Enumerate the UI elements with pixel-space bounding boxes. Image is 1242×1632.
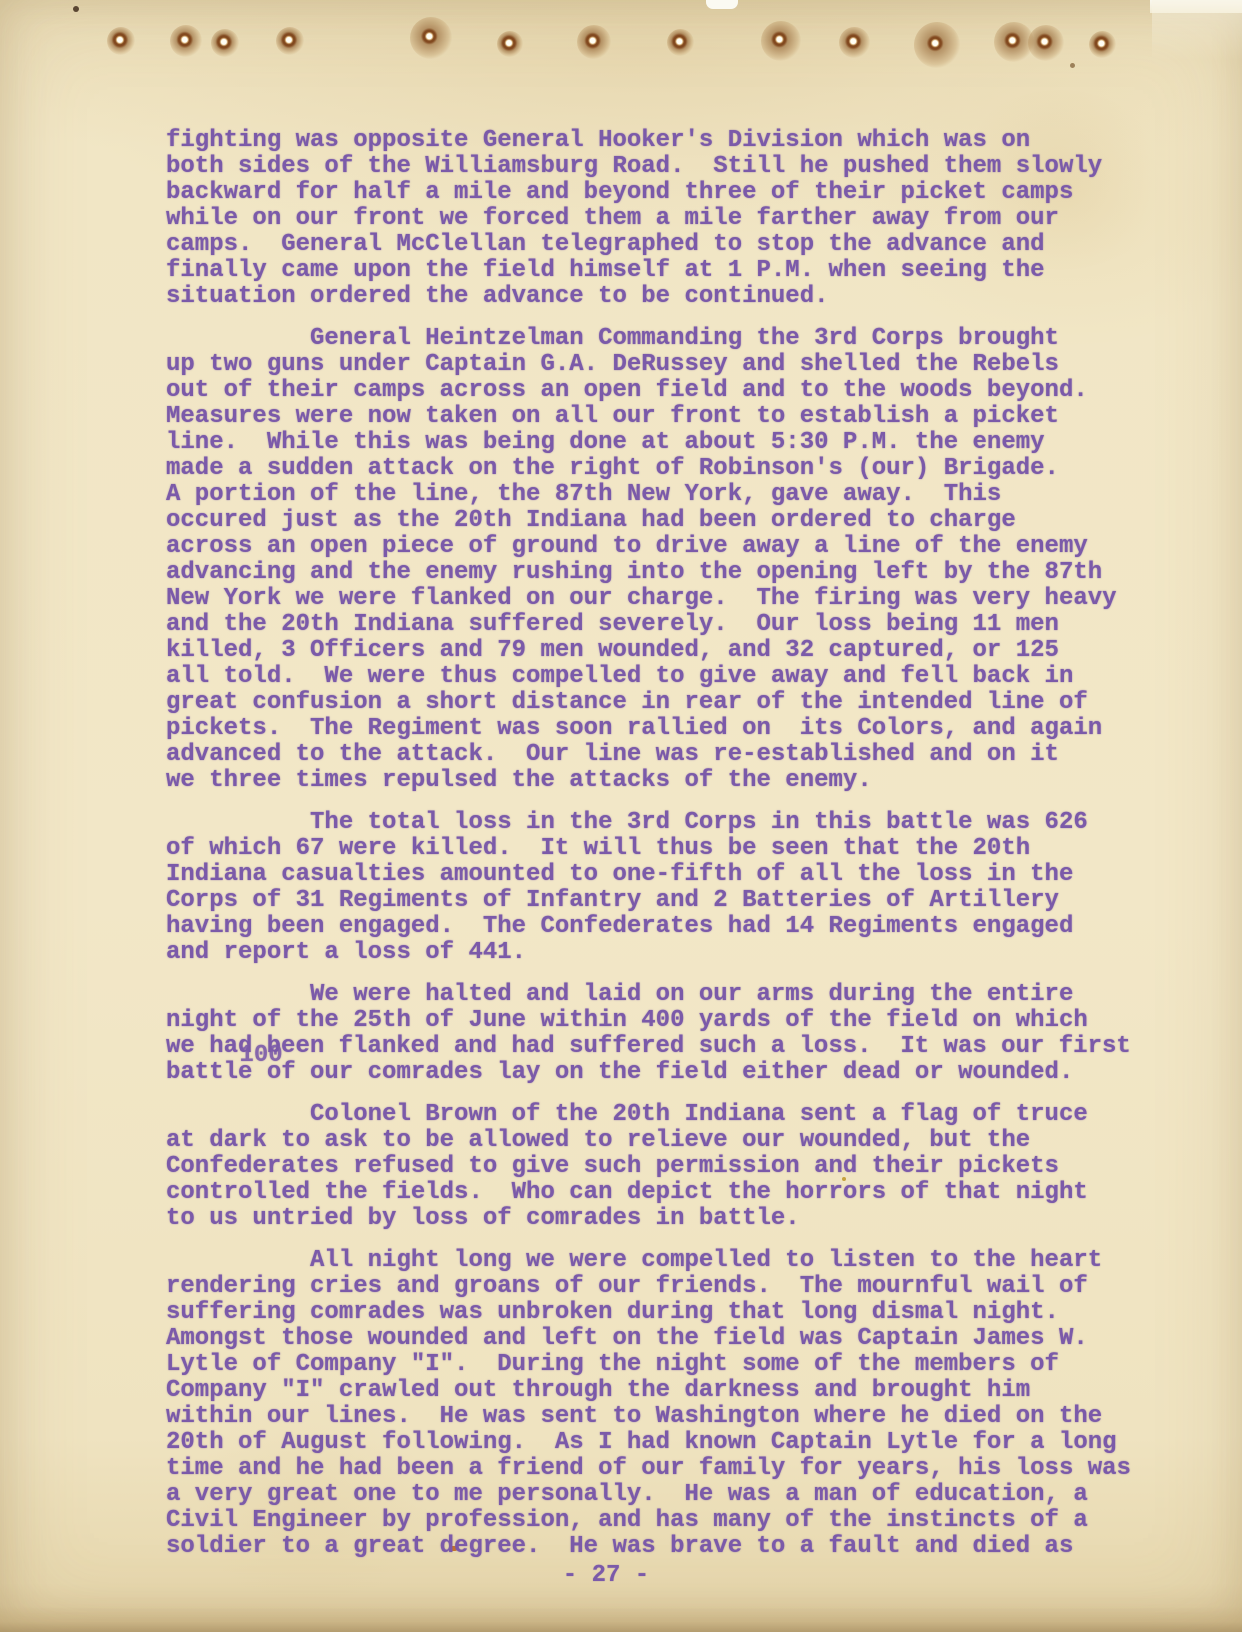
text-line: soldier to a great degree. He was brave …: [166, 1534, 1166, 1560]
text-line: Corps of 31 Regiments of Infantry and 2 …: [166, 888, 1166, 914]
text-line: line. While this was being done at about…: [166, 430, 1166, 456]
text-line: at dark to ask to be allowed to relieve …: [166, 1128, 1166, 1154]
text-line: A portion of the line, the 87th New York…: [166, 482, 1166, 508]
text-line: time and he had been a friend of our fam…: [166, 1456, 1166, 1482]
punch-hole: [211, 29, 239, 57]
text-line: Civil Engineer by profession, and has ma…: [166, 1508, 1166, 1534]
text-line: suffering comrades was unbroken during t…: [166, 1300, 1166, 1326]
punch-hole: [497, 31, 523, 57]
text-line: Confederates refused to give such permis…: [166, 1154, 1166, 1180]
text-line: across an open piece of ground to drive …: [166, 534, 1166, 560]
ink-speck: [73, 6, 79, 12]
text-line: New York we were flanked on our charge. …: [166, 586, 1166, 612]
text-line: we had100been flanked and had suffered s…: [166, 1034, 1166, 1060]
scan-edge-notch: [706, 0, 738, 9]
text-line: all told. We were thus compelled to give…: [166, 664, 1166, 690]
punch-hole: [410, 17, 452, 59]
punch-hole: [276, 27, 304, 55]
text-line: a very great one to me personally. He wa…: [166, 1482, 1166, 1508]
text-line: Company "I" crawled out through the dark…: [166, 1378, 1166, 1404]
text-line: while on our front we forced them a mile…: [166, 206, 1166, 232]
text-line: backward for half a mile and beyond thre…: [166, 180, 1166, 206]
text-line: 20th of August following. As I had known…: [166, 1430, 1166, 1456]
page-bottom-edge: [0, 1606, 1242, 1632]
text-line: advanced to the attack. Our line was re-…: [166, 742, 1166, 768]
text-line: made a sudden attack on the right of Rob…: [166, 456, 1166, 482]
text-line: battle of our comrades lay on the field …: [166, 1060, 1166, 1086]
paragraph: Colonel Brown of the 20th Indiana sent a…: [166, 1102, 1166, 1232]
text-line: Lytle of Company "I". During the night s…: [166, 1352, 1166, 1378]
text-line: We were halted and laid on our arms duri…: [166, 982, 1166, 1008]
text-line: Colonel Brown of the 20th Indiana sent a…: [166, 1102, 1166, 1128]
punch-hole: [667, 29, 694, 56]
text-line: and the 20th Indiana suffered severely. …: [166, 612, 1166, 638]
text-line: Amongst those wounded and left on the fi…: [166, 1326, 1166, 1352]
punch-hole: [1028, 25, 1064, 61]
paragraph: We were halted and laid on our arms duri…: [166, 982, 1166, 1086]
text-line: All night long we were compelled to list…: [166, 1248, 1166, 1274]
text-line: night of the 25th of June within 400 yar…: [166, 1008, 1166, 1034]
text-line: up two guns under Captain G.A. DeRussey …: [166, 352, 1166, 378]
text-line: killed, 3 Officers and 79 men wounded, a…: [166, 638, 1166, 664]
text-line: The total loss in the 3rd Corps in this …: [166, 810, 1166, 836]
text-line: Indiana casualties amounted to one-fifth…: [166, 862, 1166, 888]
text-line: pickets. The Regiment was soon rallied o…: [166, 716, 1166, 742]
punch-hole: [914, 22, 960, 68]
ink-speck: [1070, 63, 1075, 68]
punch-hole: [839, 27, 870, 58]
punch-hole: [1089, 31, 1116, 58]
text-line: great confusion a short distance in rear…: [166, 690, 1166, 716]
paragraph: General Heintzelman Commanding the 3rd C…: [166, 326, 1166, 794]
text-line: within our lines. He was sent to Washing…: [166, 1404, 1166, 1430]
text-line: finally came upon the field himself at 1…: [166, 258, 1166, 284]
document-body: fighting was opposite General Hooker's D…: [166, 128, 1166, 1560]
text-line: rendering cries and groans of our friend…: [166, 1274, 1166, 1300]
text-line: camps. General McClellan telegraphed to …: [166, 232, 1166, 258]
punch-hole: [761, 21, 801, 61]
text-line: to us untried by loss of comrades in bat…: [166, 1206, 1166, 1232]
text-line: of which 67 were killed. It will thus be…: [166, 836, 1166, 862]
text-line: advancing and the enemy rushing into the…: [166, 560, 1166, 586]
text-line: Measures were now taken on all our front…: [166, 404, 1166, 430]
text-line: situation ordered the advance to be cont…: [166, 284, 1166, 310]
text-line: fighting was opposite General Hooker's D…: [166, 128, 1166, 154]
scan-edge-band: [1152, 0, 1242, 60]
text-line: occured just as the 20th Indiana had bee…: [166, 508, 1166, 534]
text-line: having been engaged. The Confederates ha…: [166, 914, 1166, 940]
paragraph: The total loss in the 3rd Corps in this …: [166, 810, 1166, 966]
text-line: and report a loss of 441.: [166, 940, 1166, 966]
punch-hole: [107, 27, 135, 55]
overstruck-insertion: 100: [239, 1043, 282, 1069]
text-line: General Heintzelman Commanding the 3rd C…: [166, 326, 1166, 352]
punch-hole: [577, 25, 611, 59]
page-number: - 27 -: [166, 1562, 1046, 1589]
text-line: out of their camps across an open field …: [166, 378, 1166, 404]
text-line: controlled the fields. Who can depict th…: [166, 1180, 1166, 1206]
paragraph: All night long we were compelled to list…: [166, 1248, 1166, 1560]
paragraph: fighting was opposite General Hooker's D…: [166, 128, 1166, 310]
text-line: both sides of the Williamsburg Road. Sti…: [166, 154, 1166, 180]
punch-hole: [170, 25, 202, 57]
text-line: we three times repulsed the attacks of t…: [166, 768, 1166, 794]
